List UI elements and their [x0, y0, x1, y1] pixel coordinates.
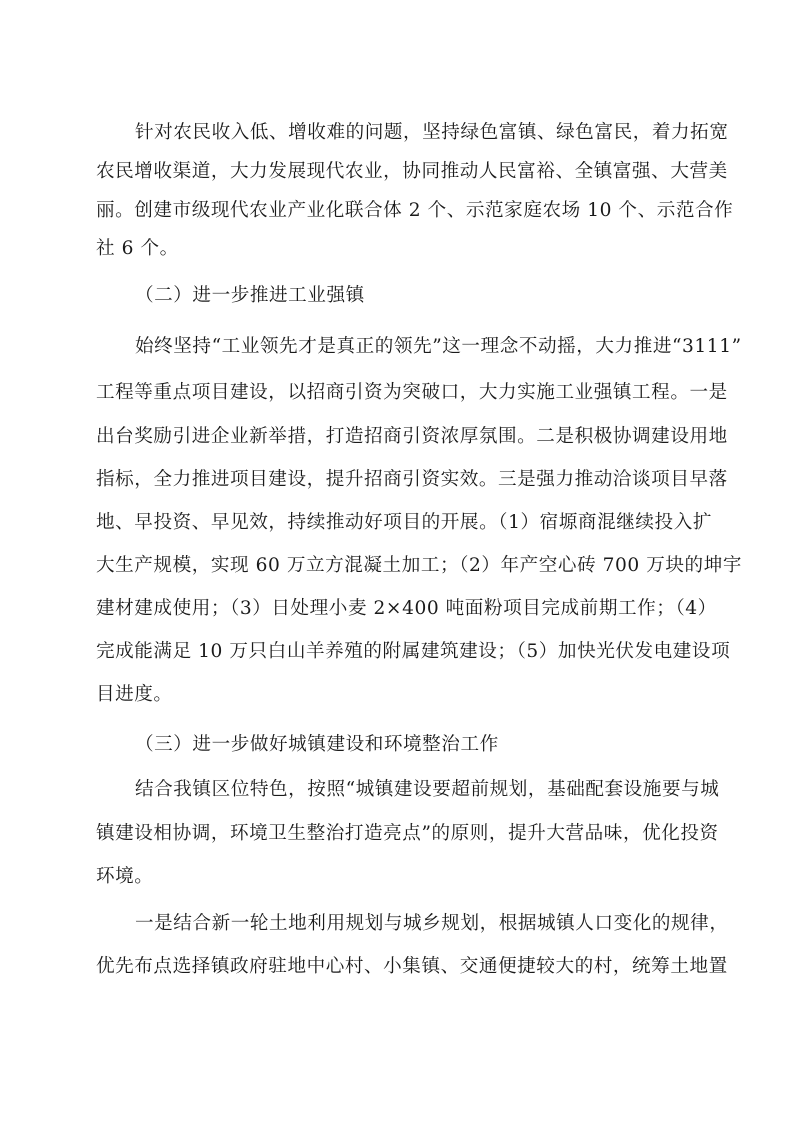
paragraph-2-line-3: 出台奖励引进企业新举措，打造招商引资浓厚氛围。二是积极协调建设用地 — [96, 424, 712, 450]
paragraph-2-line-6: 大生产规模，实现 60 万立方混凝土加工；（2）年产空心砖 700 万块的坤宇 — [96, 553, 712, 579]
paragraph-2-line-2: 工程等重点项目建设，以招商引资为突破口，大力实施工业强镇工程。一是 — [96, 380, 712, 406]
paragraph-2-line-8: 完成能满足 10 万只白山羊养殖的附属建筑建设；（5）加快光伏发电建设项 — [96, 639, 712, 665]
paragraph-2-line-4: 指标，全力推进项目建设，提升招商引资实效。三是强力推动洽谈项目早落 — [96, 467, 712, 493]
paragraph-1-line-2: 农民增收渠道，大力发展现代农业，协同推动人民富裕、全镇富强、大营美 — [96, 159, 712, 185]
paragraph-3-line-1: 结合我镇区位特色，按照“城镇建设要超前规划，基础配套设施要与城 — [135, 777, 712, 803]
paragraph-1-line-4: 社 6 个。 — [96, 236, 712, 262]
paragraph-1-line-3: 丽。创建市级现代农业产业化联合体 2 个、示范家庭农场 10 个、示范合作 — [96, 198, 712, 224]
paragraph-3-line-2: 镇建设相协调，环境卫生整治打造亮点”的原则，提升大营品味，优化投资 — [96, 821, 712, 847]
paragraph-2-line-5: 地、早投资、早见效，持续推动好项目的开展。（1）宿塬商混继续投入扩 — [96, 510, 712, 536]
paragraph-2-line-9: 目进度。 — [96, 682, 712, 708]
section-heading-3: （三）进一步做好城镇建设和环境整治工作 — [135, 732, 712, 758]
paragraph-4-line-2: 优先布点选择镇政府驻地中心村、小集镇、交通便捷较大的村，统筹土地置 — [96, 954, 712, 980]
paragraph-4-line-1: 一是结合新一轮土地利用规划与城乡规划，根据城镇人口变化的规律， — [135, 911, 712, 937]
document-page: 针对农民收入低、增收难的问题，坚持绿色富镇、绿色富民，着力拓宽 农民增收渠道，大… — [0, 0, 793, 1122]
section-heading-2: （二）进一步推进工业强镇 — [135, 283, 712, 309]
paragraph-1-line-1: 针对农民收入低、增收难的问题，坚持绿色富镇、绿色富民，着力拓宽 — [135, 120, 712, 146]
paragraph-2-line-7: 建材建成使用；（3）日处理小麦 2×400 吨面粉项目完成前期工作；（4） — [96, 596, 712, 622]
paragraph-3-line-3: 环境。 — [96, 864, 712, 890]
paragraph-2-line-1: 始终坚持“工业领先才是真正的领先”这一理念不动摇，大力推进“3111” — [135, 334, 712, 360]
